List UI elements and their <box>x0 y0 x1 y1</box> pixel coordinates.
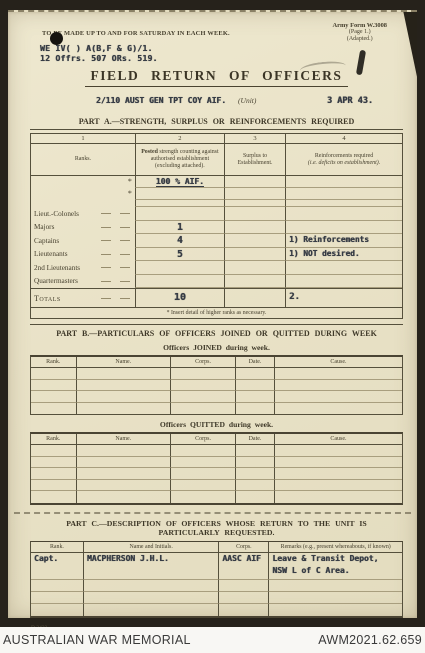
hole-punch-mark <box>50 32 63 45</box>
blank-row <box>31 604 402 616</box>
header-posted-rest: strength counting against authorised est… <box>151 149 219 169</box>
header-rank: Rank. <box>31 434 76 445</box>
col-number-3: 3 <box>224 134 285 144</box>
reinforcements-value: 1) Reinforcements <box>285 234 402 248</box>
archive-caption-bar: AUSTRALIAN WAR MEMORIAL AWM2021.62.659 <box>0 627 425 653</box>
blank-row <box>31 480 402 492</box>
header-name-initials: Name and Initials. <box>83 542 218 553</box>
blank-row <box>31 457 402 469</box>
rank-label: Captains <box>34 237 59 245</box>
double-rule <box>30 129 403 132</box>
date-value: 3 APR 43. <box>327 96 373 106</box>
header-corps: Corps. <box>170 357 235 368</box>
section-rule <box>30 324 403 325</box>
reinforcements-value <box>285 207 402 221</box>
header-reinf-line2: (i.e. deficits on establishment). <box>289 160 399 167</box>
header-posted: Posted strength counting against authori… <box>135 144 224 176</box>
header-rank: Rank. <box>31 357 76 368</box>
col-number-4: 4 <box>285 134 402 144</box>
rank-row-quartermasters: Quartermasters <box>31 275 402 289</box>
header-ranks: Ranks. <box>31 144 135 176</box>
reinforcements-value <box>285 221 402 235</box>
totals-posted: 10 <box>135 289 224 307</box>
form-page-note: (Page 1.) <box>333 29 388 36</box>
rank-row-captains: Captains 4 1) Reinforcements <box>31 234 402 248</box>
surplus-value <box>224 248 285 262</box>
posted-value: 5 <box>135 248 224 262</box>
dash-leaders <box>101 267 132 268</box>
dash-leaders <box>101 213 132 214</box>
aif-percentage-value: 100 % AIF. <box>156 177 204 187</box>
rank-label: Lieut.-Colonels <box>34 210 79 218</box>
blank-row <box>31 468 402 480</box>
blank-row <box>31 403 402 415</box>
dash-leaders <box>101 240 132 241</box>
surplus-value <box>224 261 285 275</box>
part-c-heading: PART C.—DESCRIPTION OF OFFICERS WHOSE RE… <box>30 519 403 537</box>
joined-header-row: Rank. Name. Corps. Date. Cause. <box>31 357 402 368</box>
unit-label: (Unit) <box>238 96 256 105</box>
dash-leaders <box>101 254 132 255</box>
weekly-instruction: TO BE MADE UP TO AND FOR SATURDAY IN EAC… <box>42 30 230 37</box>
header-cause: Cause. <box>274 357 402 368</box>
part-c-table: Rank. Name and Initials. Corps. Remarks … <box>30 541 403 618</box>
scan-background: TO BE MADE UP TO AND FOR SATURDAY IN EAC… <box>0 0 425 653</box>
col-number-1: 1 <box>31 134 135 144</box>
archive-name: AUSTRALIAN WAR MEMORIAL <box>3 633 191 647</box>
header-remarks: Remarks (e.g., present whereabouts, if k… <box>268 542 402 553</box>
totals-surplus <box>224 289 285 307</box>
header-cause: Cause. <box>274 434 402 445</box>
stamp-line-1: WE IV( ) A(B,F & G)/1. <box>40 44 403 54</box>
header-reinf-line1: Reinforcements required <box>289 153 399 160</box>
entry-remarks: Leave & Transit Depot, NSW L of C Area. <box>268 553 402 580</box>
header-name: Name. <box>76 357 171 368</box>
rank-label: Lieutenants <box>34 250 68 258</box>
blank-row <box>31 368 402 380</box>
stamp-line-2: 12 Offrs. 507 ORs. 519. <box>40 54 403 64</box>
entry-rank: Capt. <box>31 553 83 580</box>
posted-value <box>135 207 224 221</box>
reinforcements-value <box>285 261 402 275</box>
totals-reinforcements: 2. <box>285 289 402 307</box>
dash-leaders <box>101 281 132 282</box>
header-date: Date. <box>235 434 274 445</box>
archive-id: AWM2021.62.659 <box>318 633 422 647</box>
star-row-2: * <box>31 188 402 200</box>
reinforcements-value <box>285 275 402 289</box>
part-a-heading: PART A.—STRENGTH, SURPLUS OR REINFORCEME… <box>30 117 403 126</box>
form-header: TO BE MADE UP TO AND FOR SATURDAY IN EAC… <box>30 22 403 43</box>
reinforcements-value: 1) NOT desired. <box>285 248 402 262</box>
form-number: Army Form W.3008 <box>333 22 388 29</box>
rank-row-lieut-colonels: Lieut.-Colonels <box>31 207 402 221</box>
surplus-value <box>224 221 285 235</box>
typed-reference-stamp: WE IV( ) A(B,F & G)/1. 12 Offrs. 507 ORs… <box>40 44 403 64</box>
header-corps: Corps. <box>218 542 268 553</box>
dash-leaders <box>101 227 132 228</box>
rank-row-2nd-lieutenants: 2nd Lieutenants <box>31 261 402 275</box>
dash-leaders <box>101 298 132 299</box>
header-date: Date. <box>235 357 274 368</box>
part-c-entry-row: Capt. MACPHERSON J.H.L. AASC AIF Leave &… <box>31 553 402 580</box>
blank-row <box>31 491 402 503</box>
star-mark: * <box>31 176 135 188</box>
rank-label: Majors <box>34 223 54 231</box>
part-a-column-numbers: 1 2 3 4 <box>31 134 402 144</box>
torn-corner <box>401 12 417 84</box>
entry-remarks-line1: Leave & Transit Depot, <box>272 553 399 565</box>
aif-percentage: 100 % AIF. <box>135 176 224 188</box>
posted-value <box>135 275 224 289</box>
unit-value: 2/110 AUST GEN TPT COY AIF. <box>96 96 226 105</box>
rank-row-lieutenants: Lieutenants 5 1) NOT desired. <box>31 248 402 262</box>
entry-remarks-line2: NSW L of C Area. <box>272 565 399 577</box>
perforation-line <box>14 512 411 514</box>
part-a-header-row: Ranks. Posted strength counting against … <box>31 144 402 176</box>
spacer-row <box>31 200 402 207</box>
entry-name: MACPHERSON J.H.L. <box>83 553 218 580</box>
part-a-footnote: * Insert detail of higher ranks as neces… <box>31 307 402 318</box>
officers-joined-title: Officers JOINED during week. <box>30 343 403 352</box>
header-name: Name. <box>76 434 171 445</box>
blank-row <box>31 580 402 592</box>
quitted-header-row: Rank. Name. Corps. Date. Cause. <box>31 434 402 445</box>
star-row-1: * 100 % AIF. <box>31 176 402 188</box>
posted-value: 1 <box>135 221 224 235</box>
totals-row: Totals 10 2. <box>31 288 402 307</box>
form-page: TO BE MADE UP TO AND FOR SATURDAY IN EAC… <box>8 10 417 618</box>
star-mark: * <box>31 188 135 200</box>
col-number-2: 2 <box>135 134 224 144</box>
totals-label: Totals <box>34 294 61 303</box>
header-reinforcements: Reinforcements required (i.e. deficits o… <box>285 144 402 176</box>
rank-row-majors: Majors 1 <box>31 221 402 235</box>
posted-value: 4 <box>135 234 224 248</box>
entry-corps: AASC AIF <box>218 553 268 580</box>
header-rank: Rank. <box>31 542 83 553</box>
blank-row <box>31 380 402 392</box>
surplus-value <box>224 234 285 248</box>
blank-row <box>31 391 402 403</box>
unit-line: 2/110 AUST GEN TPT COY AIF. (Unit) 3 APR… <box>30 96 403 106</box>
part-c-header-row: Rank. Name and Initials. Corps. Remarks … <box>31 542 402 553</box>
officers-joined-table: Rank. Name. Corps. Date. Cause. <box>30 355 403 415</box>
form-number-block: Army Form W.3008 (Page 1.) (Adapted.) <box>333 22 388 43</box>
blank-row <box>31 592 402 604</box>
part-a-table: 1 2 3 4 Ranks. Posted strength counting … <box>30 133 403 319</box>
part-b-heading: PART B.—PARTICULARS OF OFFICERS JOINED O… <box>30 329 403 338</box>
officers-quitted-title: Officers QUITTED during week. <box>30 420 403 429</box>
rank-label: Quartermasters <box>34 277 78 285</box>
form-adapted-note: (Adapted.) <box>333 36 388 43</box>
header-posted-bold: Posted <box>141 149 158 155</box>
rank-label: 2nd Lieutenants <box>34 264 80 272</box>
surplus-value <box>224 207 285 221</box>
surplus-value <box>224 275 285 289</box>
officers-quitted-table: Rank. Name. Corps. Date. Cause. <box>30 432 403 505</box>
posted-value <box>135 261 224 275</box>
header-corps: Corps. <box>170 434 235 445</box>
blank-row <box>31 445 402 457</box>
header-surplus: Surplus to Establishment. <box>224 144 285 176</box>
